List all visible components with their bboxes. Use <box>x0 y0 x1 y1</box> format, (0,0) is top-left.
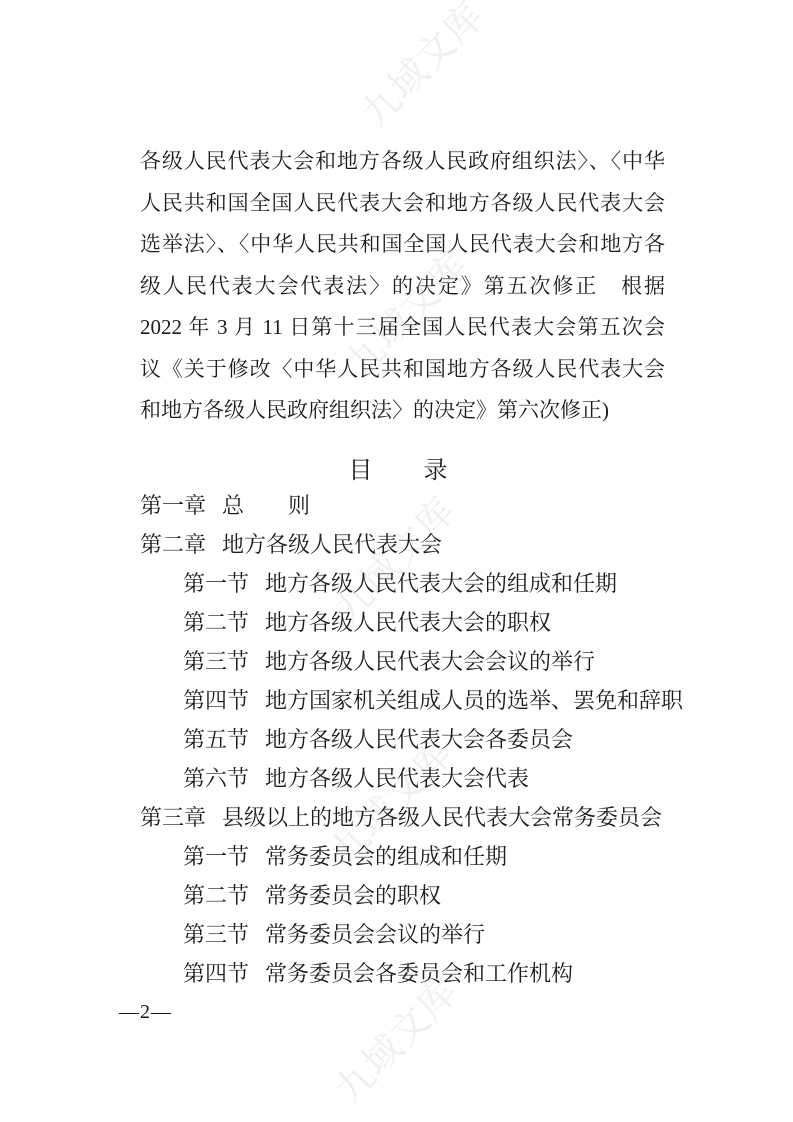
toc-item-label: 第三章 <box>140 798 206 837</box>
toc-item: 第三章县级以上的地方各级人民代表大会常务委员会 <box>140 798 665 837</box>
toc-item: 第六节地方各级人民代表大会代表 <box>140 759 665 798</box>
toc-item-label: 第二章 <box>140 525 206 564</box>
watermark-text: 九域文库 <box>346 0 494 137</box>
toc-list: 第一章总 则第二章地方各级人民代表大会第一节地方各级人民代表大会的组成和任期第二… <box>140 486 665 993</box>
toc-item: 第四节地方国家机关组成人员的选举、罢免和辞职 <box>140 681 665 720</box>
toc-item-label: 第三节 <box>183 642 249 681</box>
toc-item-label: 第一节 <box>183 564 249 603</box>
toc-heading: 目 录 <box>132 458 665 484</box>
toc-item-title: 总 则 <box>222 493 310 518</box>
toc-item: 第二节地方各级人民代表大会的职权 <box>140 603 665 642</box>
toc-item-title: 县级以上的地方各级人民代表大会常务委员会 <box>222 805 662 830</box>
toc-item-label: 第三节 <box>183 915 249 954</box>
toc-item-title: 地方各级人民代表大会各委员会 <box>265 727 573 752</box>
toc-item-title: 常务委员会的职权 <box>265 883 441 908</box>
toc-item-title: 常务委员会会议的举行 <box>265 922 485 947</box>
toc-item-title: 地方各级人民代表大会的组成和任期 <box>265 571 617 596</box>
toc-item-title: 地方国家机关组成人员的选举、罢免和辞职 <box>265 688 683 713</box>
toc-item: 第三节地方各级人民代表大会会议的举行 <box>140 642 665 681</box>
toc-item-label: 第一节 <box>183 837 249 876</box>
toc-item-title: 地方各级人民代表大会会议的举行 <box>265 649 595 674</box>
toc-item-label: 第四节 <box>183 681 249 720</box>
toc-item-title: 常务委员会各委员会和工作机构 <box>265 961 573 986</box>
intro-paragraph: 各级人民代表大会和地方各级人民政府组织法〉、〈中华人民共和国全国人民代表大会和地… <box>140 141 665 432</box>
toc-item: 第四节常务委员会各委员会和工作机构 <box>140 954 665 993</box>
toc-item: 第五节地方各级人民代表大会各委员会 <box>140 720 665 759</box>
toc-item-label: 第二节 <box>183 876 249 915</box>
paragraph-line: 议《关于修改〈中华人民共和国地方各级人民代表大会 <box>140 349 665 391</box>
paragraph-line: 人民共和国全国人民代表大会和地方各级人民代表大会 <box>140 183 665 225</box>
paragraph-line: 各级人民代表大会和地方各级人民政府组织法〉、〈中华 <box>140 141 665 183</box>
paragraph-line: 级人民代表大会代表法〉的决定》第五次修正 根据 <box>140 266 665 308</box>
toc-item-title: 地方各级人民代表大会 <box>222 532 442 557</box>
paragraph-line: 选举法〉、〈中华人民共和国全国人民代表大会和地方各 <box>140 224 665 266</box>
toc-item-title: 地方各级人民代表大会的职权 <box>265 610 551 635</box>
toc-item-title: 常务委员会的组成和任期 <box>265 844 507 869</box>
toc-item-label: 第四节 <box>183 954 249 993</box>
toc-item-title: 地方各级人民代表大会代表 <box>265 766 529 791</box>
toc-item: 第二章地方各级人民代表大会 <box>140 525 665 564</box>
toc-item-label: 第二节 <box>183 603 249 642</box>
toc-item: 第二节常务委员会的职权 <box>140 876 665 915</box>
toc-item-label: 第六节 <box>183 759 249 798</box>
page-number: —2— <box>119 1001 172 1023</box>
page-content: 各级人民代表大会和地方各级人民政府组织法〉、〈中华人民共和国全国人民代表大会和地… <box>140 141 665 993</box>
toc-item-label: 第一章 <box>140 486 206 525</box>
toc-item: 第三节常务委员会会议的举行 <box>140 915 665 954</box>
document-page: 九域文库 九域文库 九域文库 九域文库 九域文库 各级人民代表大会和地方各级人民… <box>0 0 793 1122</box>
paragraph-line: 和地方各级人民政府组织法〉的决定》第六次修正) <box>140 390 665 432</box>
toc-item: 第一节地方各级人民代表大会的组成和任期 <box>140 564 665 603</box>
toc-item-label: 第五节 <box>183 720 249 759</box>
paragraph-line: 2022 年 3 月 11 日第十三届全国人民代表大会第五次会 <box>140 307 665 349</box>
toc-item: 第一节常务委员会的组成和任期 <box>140 837 665 876</box>
toc-item: 第一章总 则 <box>140 486 665 525</box>
